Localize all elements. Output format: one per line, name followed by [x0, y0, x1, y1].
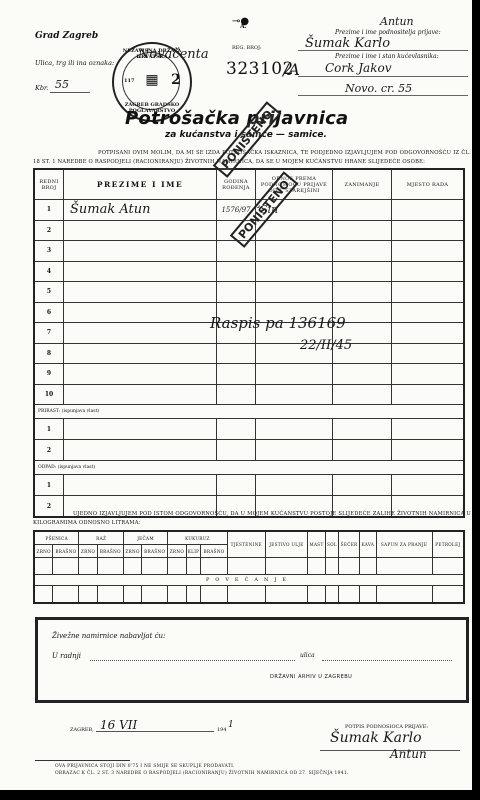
- col-header-soap: SAPUN ZA PRANJE: [376, 531, 432, 558]
- stocks-increase-label-row: POVEĆANJE: [34, 575, 464, 586]
- person-name: Šumak Atun: [64, 200, 217, 221]
- person-name: [64, 364, 217, 385]
- person-birth-year: [217, 261, 256, 282]
- cell: [217, 475, 256, 496]
- person-birth-year: [217, 241, 256, 262]
- person-relation: [256, 261, 333, 282]
- cell: [432, 586, 464, 604]
- stocks-table: PŠENICA RAŽ JEČAM KUKURUZ TJESTENINE JES…: [33, 530, 465, 604]
- row-number: 1: [34, 419, 64, 440]
- cell: [256, 440, 333, 461]
- person-name: [64, 343, 217, 364]
- cell: [333, 440, 392, 461]
- person-relation: [256, 384, 333, 405]
- cell: [256, 475, 333, 496]
- person-occupation: [333, 241, 392, 262]
- date-value: 16 VII: [100, 718, 137, 732]
- house-number-label: Kbr.: [35, 84, 48, 92]
- sub-header: ZRNO: [79, 545, 97, 558]
- cell: [392, 475, 465, 496]
- supply-box: Živežne namirnice nabavljat ću: U radnji…: [35, 617, 469, 703]
- cell: [307, 558, 325, 575]
- person-occupation: [333, 364, 392, 385]
- shop-street-line: [322, 660, 452, 661]
- cell: [256, 419, 333, 440]
- cell: [432, 558, 464, 575]
- person-name: [64, 261, 217, 282]
- decrease-section-row: ODPAD: (ispunjava vlast): [34, 461, 464, 475]
- person-birth-year: [217, 384, 256, 405]
- submitter-line: [298, 50, 468, 51]
- group-header-corn: KUKURUZ: [168, 531, 227, 545]
- cell: [201, 558, 227, 575]
- cell: [217, 440, 256, 461]
- person-workplace: [392, 384, 465, 405]
- person-workplace: [392, 220, 465, 241]
- stamp-digit: 2: [138, 72, 214, 88]
- group-header-rye: RAŽ: [79, 531, 123, 545]
- cell: [339, 586, 360, 604]
- cell: [64, 419, 217, 440]
- stocks-header-row: PŠENICA RAŽ JEČAM KUKURUZ TJESTENINE JES…: [34, 531, 464, 545]
- cell: [34, 586, 53, 604]
- year-prefix: 194: [217, 727, 227, 733]
- person-workplace: [392, 241, 465, 262]
- shop-street-label: ulica: [300, 652, 315, 659]
- cell: [168, 558, 186, 575]
- person-workplace: [392, 282, 465, 303]
- shop-label: U radnji: [52, 652, 81, 660]
- row-number: 9: [34, 364, 64, 385]
- col-header-no: REDNI BROJ: [34, 169, 64, 200]
- submitter-value: Šumak Karlo: [305, 36, 390, 51]
- person-birth-year: [217, 282, 256, 303]
- cell: [217, 419, 256, 440]
- sub-header: BRAŠNO: [97, 545, 123, 558]
- form-letter: A.: [240, 23, 247, 30]
- cell: [307, 586, 325, 604]
- table-row: 9: [34, 364, 464, 385]
- street-label: Ulica, trg ili ina oznaka:: [35, 59, 114, 67]
- cell: [265, 586, 307, 604]
- table-row: 5: [34, 282, 464, 303]
- person-occupation: [333, 384, 392, 405]
- cell: [168, 586, 186, 604]
- col-header-workplace: MJESTO RADA: [392, 169, 465, 200]
- person-workplace: [392, 261, 465, 282]
- row-number: 10: [34, 384, 64, 405]
- table-row: 10: [34, 384, 464, 405]
- row-number: 3: [34, 241, 64, 262]
- sub-header: BRAŠNO: [142, 545, 168, 558]
- table-row: 8: [34, 343, 464, 364]
- cell: [325, 586, 338, 604]
- col-header-occupation: ZANIMANJE: [333, 169, 392, 200]
- house-number-value: 55: [55, 78, 69, 91]
- sub-header: KLIP: [186, 545, 201, 558]
- person-birth-year: [217, 364, 256, 385]
- footnote-price: OVA PRIJAVNICA STOJI DIN 0'75 I NE SMIJE…: [55, 764, 235, 769]
- row-number: 8: [34, 343, 64, 364]
- cell: [392, 419, 465, 440]
- submitter-correction: Antun: [380, 15, 414, 28]
- table-row: 3: [34, 241, 464, 262]
- col-header-petroleum: PETROLEJ: [432, 531, 464, 558]
- cell: [360, 586, 376, 604]
- col-header-sugar: ŠEĆER: [339, 531, 360, 558]
- col-header-name: PREZIME I IME: [64, 169, 217, 200]
- cell: [392, 440, 465, 461]
- cell: [34, 558, 53, 575]
- cell: [97, 586, 123, 604]
- cell: [142, 558, 168, 575]
- row-number: 2: [34, 220, 64, 241]
- col-header-coffee: KAVA: [360, 531, 376, 558]
- footnote-form-ref: OBRAZAC K ČL. 2 ST. 3 NAREDBE O RASPODJE…: [55, 771, 349, 776]
- group-header-barley: JEČAM: [123, 531, 167, 545]
- person-workplace: [392, 364, 465, 385]
- date-line: [96, 731, 214, 732]
- cell: [97, 558, 123, 575]
- decrease-section-label: ODPAD: (ispunjava vlast): [34, 461, 464, 475]
- sub-header: ZRNO: [34, 545, 53, 558]
- cell: [227, 586, 265, 604]
- owner-line: [298, 76, 468, 77]
- stocks-values-row: [34, 558, 464, 575]
- group-header-wheat: PŠENICA: [34, 531, 79, 545]
- cell: [142, 586, 168, 604]
- year-digit: 1: [228, 720, 234, 730]
- intro-text: POTPISANI OVIM MOLIM, DA MI SE IZDA POTR…: [33, 149, 471, 167]
- cell: [123, 586, 141, 604]
- col-header-oil: JESTIVO ULJE: [265, 531, 307, 558]
- sub-header: ZRNO: [123, 545, 141, 558]
- cell: [123, 558, 141, 575]
- cell: [53, 586, 79, 604]
- owner-label: Prezime i ime i stan kućevlasnika:: [335, 53, 439, 60]
- stocks-intro-text: UJEDNO IZJAVLJUJEM POD ISTOM ODGOVORNOŠĆ…: [33, 510, 471, 528]
- table-row: 1: [34, 419, 464, 440]
- cell: [186, 586, 201, 604]
- stocks-increase-row: [34, 586, 464, 604]
- person-occupation: [333, 261, 392, 282]
- sub-header: BRAŠNO: [53, 545, 79, 558]
- cell: [376, 558, 432, 575]
- row-number: 1: [34, 475, 64, 496]
- col-header-lard: MAST: [307, 531, 325, 558]
- sub-header: ZRNO: [168, 545, 186, 558]
- row-number: 4: [34, 261, 64, 282]
- handwritten-annotation-line1: Raspis pa 136169: [210, 314, 346, 332]
- table-row: 4: [34, 261, 464, 282]
- reg-number-label: REG. BROJ:: [232, 45, 261, 51]
- cell: [333, 419, 392, 440]
- cell: [325, 558, 338, 575]
- shop-line: [90, 660, 295, 661]
- person-name: [64, 323, 217, 344]
- submitter-label: Prezime i ime podnositelja prijave:: [335, 29, 441, 36]
- cell: [376, 586, 432, 604]
- row-number: 6: [34, 302, 64, 323]
- person-occupation: [333, 200, 392, 221]
- cell: [186, 558, 201, 575]
- handwritten-annotation-line2: 22/II/45: [300, 338, 352, 353]
- person-occupation: [333, 220, 392, 241]
- supply-title: Živežne namirnice nabavljat ću:: [52, 632, 165, 640]
- cell: [333, 475, 392, 496]
- cell: [201, 586, 227, 604]
- person-relation: [256, 364, 333, 385]
- cell: [79, 586, 97, 604]
- signature-correction: Antun: [390, 747, 427, 761]
- document-page: Grad Zagreb Ulica, trg ili ina oznaka: K…: [0, 0, 472, 790]
- row-number: 1: [34, 200, 64, 221]
- archive-stamp: DRŽAVNI ARHIV U ZAGREBU: [270, 674, 352, 680]
- footnote-rule: [35, 760, 130, 761]
- cell: [64, 440, 217, 461]
- row-number: 5: [34, 282, 64, 303]
- cell: [64, 475, 217, 496]
- person-birth-year: [217, 343, 256, 364]
- cell: [265, 558, 307, 575]
- table-row: 1: [34, 475, 464, 496]
- person-workplace: [392, 302, 465, 323]
- house-number-line: [50, 92, 90, 93]
- signature-value: Šumak Karlo: [330, 730, 422, 746]
- cell: [53, 558, 79, 575]
- person-relation: [256, 282, 333, 303]
- owner-value: Cork Jakov: [325, 61, 391, 75]
- increase-section-label: PRIRAST: (ispunjava vlast): [34, 405, 464, 419]
- city-label: Grad Zagreb: [35, 31, 98, 41]
- place-label: ZAGREB,: [70, 727, 94, 733]
- row-number: 2: [34, 440, 64, 461]
- person-occupation: [333, 282, 392, 303]
- street-value: Novačenta: [138, 47, 209, 62]
- person-workplace: [392, 343, 465, 364]
- row-number: 7: [34, 323, 64, 344]
- person-name: [64, 220, 217, 241]
- person-relation: [256, 220, 333, 241]
- col-header-salt: SOL: [325, 531, 338, 558]
- person-relation: [256, 241, 333, 262]
- person-name: [64, 241, 217, 262]
- person-name: [64, 282, 217, 303]
- cell: [339, 558, 360, 575]
- person-workplace: [392, 323, 465, 344]
- cell: [79, 558, 97, 575]
- sub-header: BRAŠNO: [201, 545, 227, 558]
- cell: [360, 558, 376, 575]
- person-workplace: [392, 200, 465, 221]
- stocks-increase-label: POVEĆANJE: [34, 575, 464, 586]
- owner-address: Novo. cr. 55: [345, 82, 412, 95]
- cell: [227, 558, 265, 575]
- table-row: 2: [34, 440, 464, 461]
- persons-table-header: REDNI BROJ PREZIME I IME GODINA ROĐENJA …: [34, 169, 464, 200]
- person-name: [64, 384, 217, 405]
- col-header-pasta: TJESTENINE: [227, 531, 265, 558]
- increase-section-row: PRIRAST: (ispunjava vlast): [34, 405, 464, 419]
- page-title: Potrošačka prijavnica: [125, 108, 348, 129]
- person-name: [64, 302, 217, 323]
- owner-address-line: [298, 95, 468, 96]
